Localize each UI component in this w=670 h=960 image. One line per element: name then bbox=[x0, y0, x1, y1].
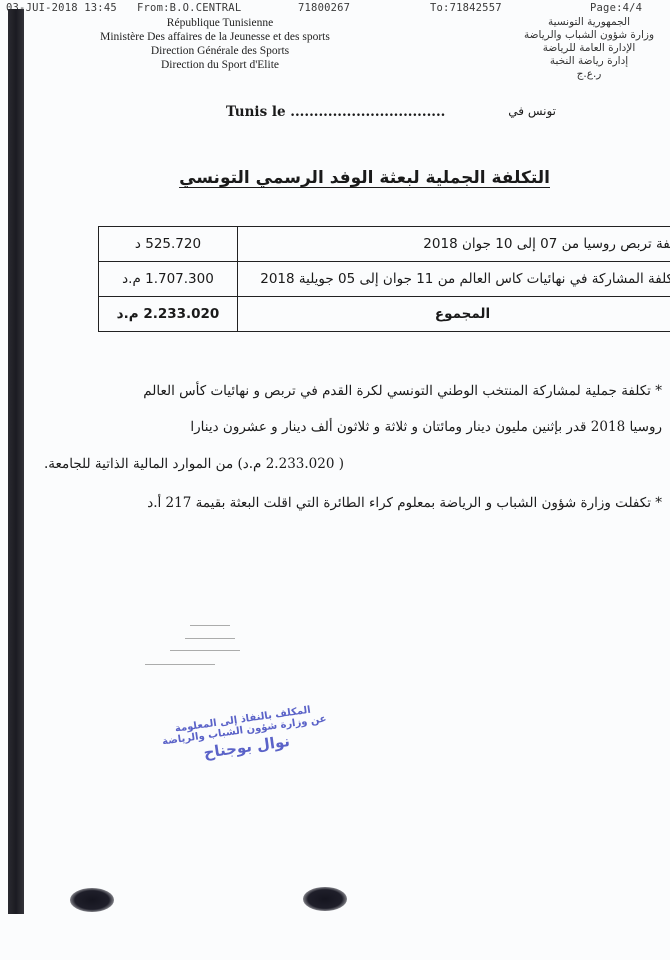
letterhead-arabic: الجمهورية التونسية وزارة شؤون الشباب وال… bbox=[514, 16, 664, 81]
fax-to: To:71842557 bbox=[430, 2, 502, 14]
fax-header: 03-JUI-2018 13:45 From:B.O.CENTRAL 71800… bbox=[0, 2, 670, 16]
letterhead-ar-department: إدارة رياضة النخبة bbox=[514, 55, 664, 68]
note-2: * تكفلت وزارة شؤون الشباب و الرياضة بمعل… bbox=[102, 495, 662, 511]
letterhead-ar-country: الجمهورية التونسية bbox=[514, 16, 664, 29]
row-amount: 525.720 د bbox=[99, 227, 238, 262]
letterhead-french: République Tunisienne Ministère Des affa… bbox=[100, 16, 340, 72]
total-amount: 2.233.020 م.د bbox=[99, 297, 238, 332]
letterhead-directorate: Direction Générale des Sports bbox=[100, 44, 340, 58]
document-title: التكلفة الجملية لبعثة الوفد الرسمي التون… bbox=[220, 168, 550, 188]
official-stamp: المكلف بالنفاذ إلى المعلومة عن وزارة شؤو… bbox=[158, 702, 332, 767]
letterhead-ministry: Ministère Des affaires de la Jeunesse et… bbox=[90, 30, 340, 44]
row-amount: 1.707.300 م.د bbox=[99, 262, 238, 297]
cost-table: 525.720 د كلفة تربص روسيا من 07 إلى 10 ج… bbox=[98, 226, 670, 332]
note-1-line-3: ( 2.233.020 م.د) من الموارد المالية الذا… bbox=[44, 456, 344, 472]
row-label: كلفة المشاركة في نهائيات كاس العالم من 1… bbox=[238, 262, 670, 297]
row-label: كلفة تربص روسيا من 07 إلى 10 جوان 2018 bbox=[238, 227, 670, 262]
redaction-blot bbox=[303, 887, 347, 911]
scan-edge-bar bbox=[8, 9, 24, 914]
letterhead-ar-directorate: الإدارة العامة للرياضة bbox=[514, 42, 664, 55]
fax-page: Page:4/4 bbox=[590, 2, 642, 14]
note-1-line-1: * تكلفة جملية لمشاركة المنتخب الوطني الت… bbox=[102, 383, 662, 399]
redaction-blot bbox=[70, 888, 114, 912]
table-total-row: 2.233.020 م.د المجموع bbox=[99, 297, 670, 332]
letterhead-country: République Tunisienne bbox=[100, 16, 340, 30]
faint-handwriting bbox=[140, 620, 240, 670]
letterhead-department: Direction du Sport d'Elite bbox=[100, 58, 340, 72]
table-row: 1.707.300 م.د كلفة المشاركة في نهائيات ك… bbox=[99, 262, 670, 297]
total-label: المجموع bbox=[238, 297, 670, 332]
letterhead-ar-ref: ر.ع.ج bbox=[514, 68, 664, 81]
place-date-ar: تونس في bbox=[508, 104, 556, 118]
note-1-line-2: روسيا 2018 قدر بإثنين مليون دينار ومائتا… bbox=[102, 419, 662, 435]
place-date-line: Tunis le ...............................… bbox=[226, 104, 556, 124]
fax-from-number: 71800267 bbox=[298, 2, 350, 14]
fax-from: From:B.O.CENTRAL bbox=[137, 2, 241, 14]
table-row: 525.720 د كلفة تربص روسيا من 07 إلى 10 ج… bbox=[99, 227, 670, 262]
place-date-fr: Tunis le ...............................… bbox=[226, 104, 445, 120]
letterhead-ar-ministry: وزارة شؤون الشباب والرياضة bbox=[514, 29, 664, 42]
